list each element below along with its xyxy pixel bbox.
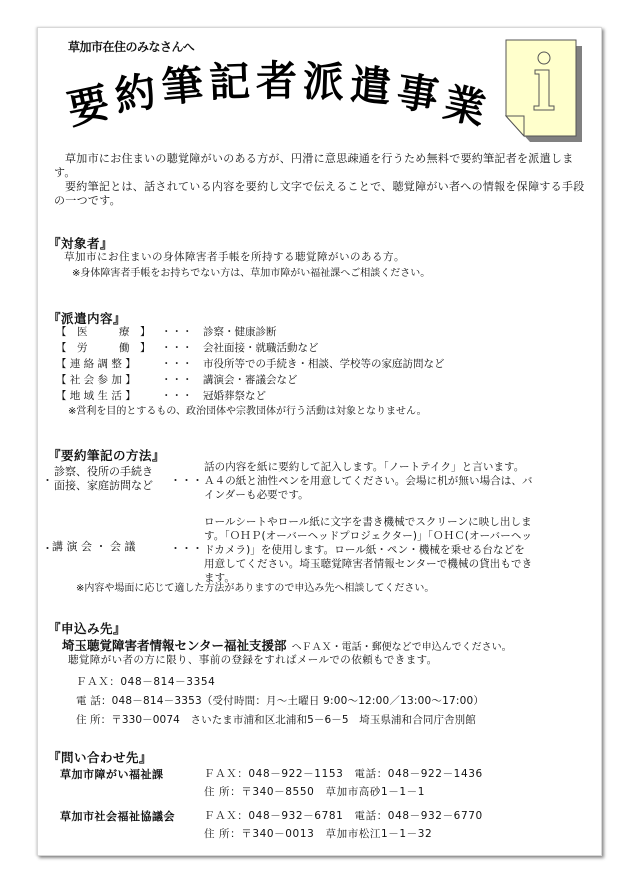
contact-name: 草加市社会福祉協議会: [60, 808, 175, 824]
apply-email-note: 聴覚障がい者の方に限り、事前の登録をすればメールでの依頼もできます。: [68, 653, 438, 668]
apply-address: 住 所：〒330－0074 さいたま市浦和区北浦和5－6－5 埼玉県浦和合同庁舎…: [76, 712, 476, 727]
apply-fax: ＦＡＸ：048－814－3354: [76, 674, 215, 689]
subtitle: 草加市在住のみなさんへ: [68, 38, 194, 55]
title-char: 約: [112, 71, 159, 118]
contact-phone-fax: ＦＡＸ：048－932－6781 電話：048－932－6770: [204, 808, 483, 823]
section-heading-method: 『要約筆記の方法』: [48, 446, 165, 464]
dispatch-item: 【 連 絡 調 整 】・・・市役所等での手続き・相談、学校等の家庭訪問など: [56, 356, 445, 371]
intro-paragraph: 要約筆記とは、話されている内容を要約し文字で伝えることで、聴覚障がい者への情報を…: [54, 180, 594, 208]
info-note-icon: [504, 38, 588, 146]
title-char: 記: [208, 61, 250, 103]
method-dots: ・・・: [170, 472, 203, 488]
method-label: 講 演 会 ・ 会 議: [52, 540, 135, 554]
method-description: 話の内容を紙に要約して記入します。「ノートテイク」と言います。Ａ４の紙と油性ペン…: [204, 460, 534, 502]
title-char: 派: [302, 61, 344, 103]
apply-org-line: 埼玉聴覚障害者情報センター福祉支援部 へＦＡＸ・電話・郵便などで申込んでください…: [62, 635, 512, 654]
title-char: 事: [394, 71, 441, 118]
section-heading-contact: 『問い合わせ先』: [48, 748, 152, 766]
method-dots: ・・・: [170, 540, 203, 556]
contact-address: 住 所：〒340－0013 草加市松江1－1－32: [204, 826, 432, 841]
intro-paragraph: 草加市にお住まいの聴覚障がいのある方が、円滑に意思疎通を行うため無料で要約筆記者…: [54, 152, 594, 180]
apply-tel: 電 話：048－814－3353（受付時間：月～土曜日 9:00～12:00／1…: [76, 693, 484, 708]
apply-org-suffix: へＦＡＸ・電話・郵便などで申込んでください。: [292, 642, 512, 653]
title-char: 業: [440, 82, 489, 131]
flyer-page: 草加市在住のみなさんへ 要 約 筆 記 者 派 遣 事 業 草加市にお住まいの聴…: [37, 27, 602, 856]
dispatch-note: ※営利を目的とするもの、政治団体や宗教団体が行う活動は対象となりません。: [68, 404, 427, 419]
contact-phone-fax: ＦＡＸ：048－922－1153 電話：048－922－1436: [204, 766, 483, 781]
apply-org-name: 埼玉聴覚障害者情報センター福祉支援部: [62, 638, 287, 653]
page-title: 要 約 筆 記 者 派 遣 事 業: [68, 60, 508, 130]
dispatch-item: 【 社 会 参 加 】・・・講演会・審議会など: [56, 372, 298, 387]
dispatch-item: 【 医 療 】・・・診察・健康診断: [56, 324, 277, 339]
title-char: 者: [256, 61, 297, 102]
method-bullet: ・: [42, 472, 53, 488]
method-label: 診察、役所の手続き 面接、家庭訪問など: [54, 465, 153, 493]
contact-address: 住 所：〒340－8550 草加市高砂1－1－1: [204, 784, 425, 799]
target-note: ※身体障害者手帳をお持ちでない方は、草加市障がい福祉課へご相談ください。: [72, 266, 430, 281]
dispatch-item: 【 地 域 生 活 】・・・冠婚葬祭など: [56, 388, 266, 403]
target-text: 草加市にお住まいの身体障害者手帳を所持する聴覚障がいのある方。: [64, 250, 405, 265]
method-description: ロールシートやロール紙に文字を書き機械でスクリーンに映し出します。「ＯＨＰ(オー…: [204, 515, 534, 585]
dispatch-item: 【 労 働 】・・・会社面接・就職活動など: [56, 340, 319, 355]
intro-text: 草加市にお住まいの聴覚障がいのある方が、円滑に意思疎通を行うため無料で要約筆記者…: [54, 152, 594, 208]
title-char: 筆: [160, 64, 204, 108]
method-note: ※内容や場面に応じて適した方法がありますので申込み先へ相談してください。: [76, 581, 434, 596]
contact-name: 草加市障がい福祉課: [60, 766, 164, 782]
title-char: 遣: [348, 64, 392, 108]
title-char: 要: [64, 82, 113, 131]
